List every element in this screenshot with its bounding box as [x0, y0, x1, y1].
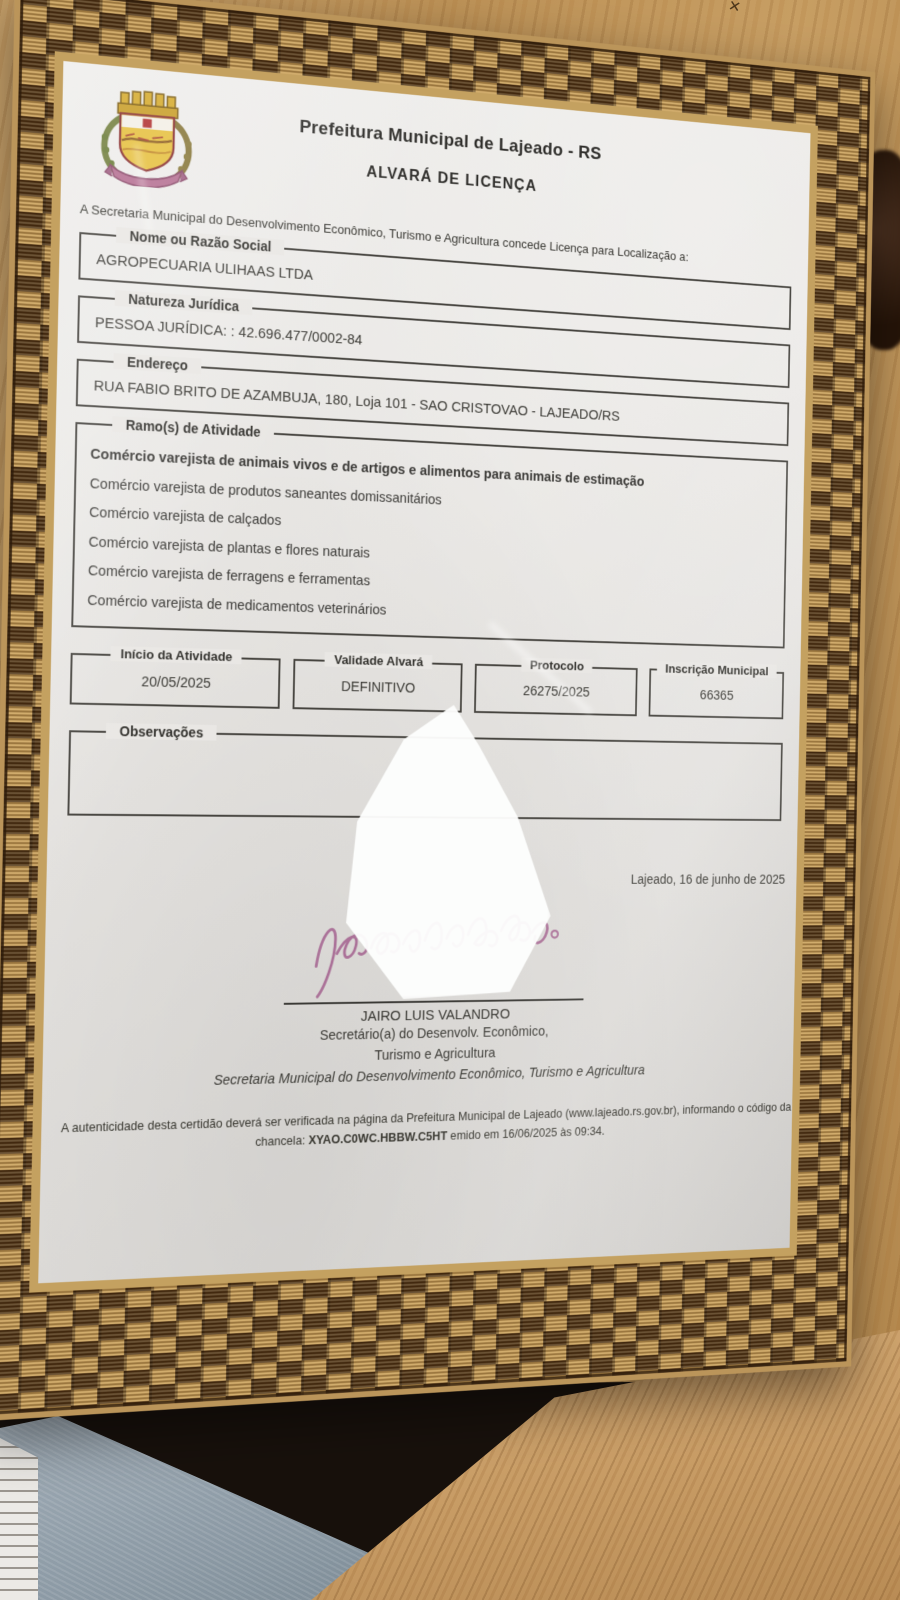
fieldbox-ramos: Ramo(s) de Atividade Comércio varejista … — [71, 422, 788, 648]
chancela-suffix: emido em 16/06/2025 às 09:34. — [447, 1125, 605, 1143]
license-document: Prefeitura Municipal de Lajeado - RS ALV… — [38, 61, 810, 1283]
summary-row: Início da Atividade 20/05/2025 Validade … — [70, 653, 784, 719]
striped-white-object — [0, 1438, 38, 1600]
field-label: Validade Alvará — [325, 652, 432, 669]
picture-frame: Prefeitura Municipal de Lajeado - RS ALV… — [0, 0, 875, 1421]
fieldbox-validade: Validade Alvará DEFINITIVO — [292, 659, 462, 713]
document-header: Prefeitura Municipal de Lajeado - RS ALV… — [80, 79, 794, 253]
scratch-mark: ✕ — [727, 0, 748, 18]
authenticity-footer: A autenticidade desta certidão deverá se… — [60, 1098, 776, 1158]
frame-inner-lip: Prefeitura Municipal de Lajeado - RS ALV… — [29, 51, 818, 1293]
wicker-frame-border: Prefeitura Municipal de Lajeado - RS ALV… — [0, 0, 875, 1421]
fieldbox-inscricao: Inscrição Municipal 66365 — [648, 668, 784, 719]
chancela-code: XYAO.C0WC.HBBW.C5HT — [308, 1129, 447, 1147]
fieldbox-protocolo: Protocolo 26275/2025 — [474, 664, 637, 716]
chancela-prefix: chancela: — [255, 1134, 308, 1149]
fieldbox-inicio: Início da Atividade 20/05/2025 — [70, 653, 281, 709]
activity-list: Comércio varejista de animais vivos e de… — [73, 424, 786, 646]
municipal-coat-of-arms — [92, 80, 201, 192]
field-label: Observações — [106, 723, 217, 741]
